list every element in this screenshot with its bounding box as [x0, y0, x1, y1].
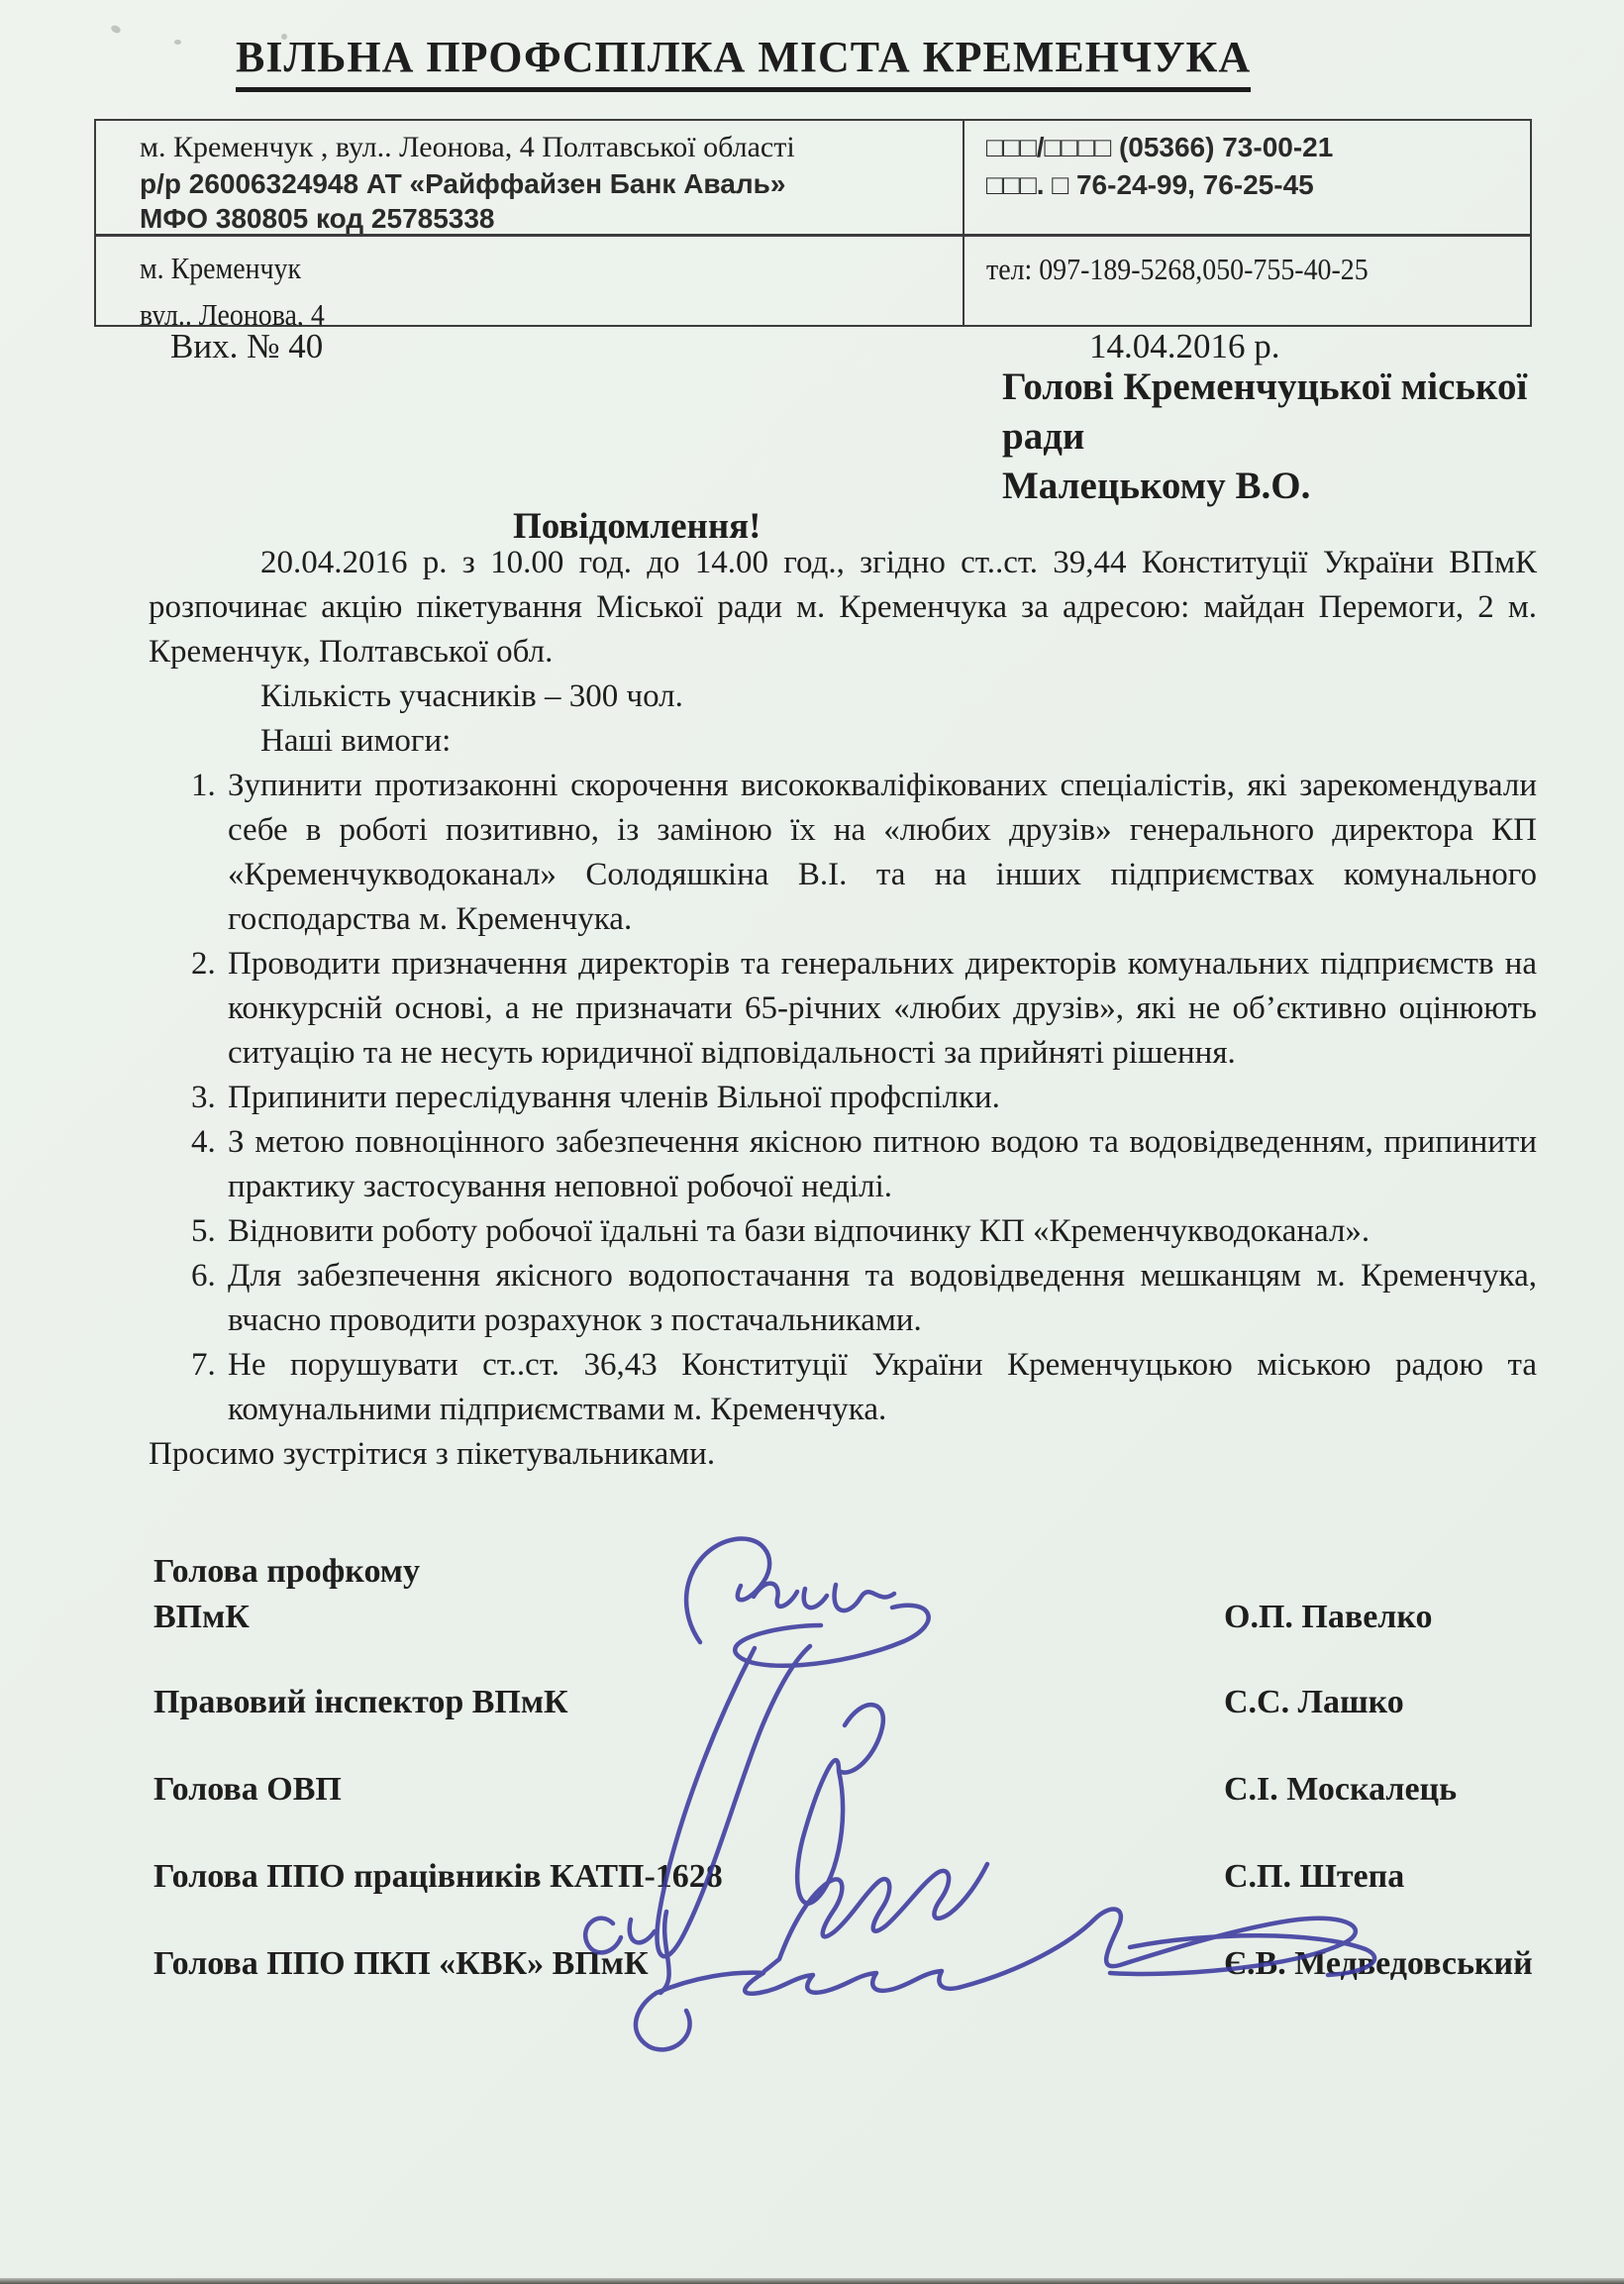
scan-speckle [110, 24, 122, 35]
signature-position: Голова ОВП [153, 1771, 342, 1809]
scanned-letter-page: ВІЛЬНА ПРОФСПІЛКА МІСТА КРЕМЕНЧУКА м. Кр… [0, 0, 1624, 2284]
signature-position: ВПмК [153, 1599, 250, 1636]
street-line: вул.. Леонова, 4 [140, 291, 867, 325]
announcement-paragraph: 20.04.2016 р. з 10.00 год. до 14.00 год.… [149, 541, 1537, 675]
bank-codes-line: МФО 380805 код 25785338 [140, 201, 949, 234]
demand-item: Не порушувати ст..ст. 36,43 Конституції … [224, 1343, 1537, 1432]
signature-position: Голова ППО працівників КАТП-1628 [153, 1858, 723, 1896]
signature-name: С.П. Штепа [1224, 1858, 1404, 1896]
closing-line: Просимо зустрітися з пікетувальниками. [149, 1432, 1537, 1477]
signature-position: Правовий інспектор ВПмК [153, 1684, 568, 1721]
participants-line: Кількість учасників – 300 чол. [149, 675, 1537, 719]
bank-account-line: р/р 26006324948 АТ «Райффайзен Банк Авал… [140, 166, 949, 201]
signature-position: Голова ППО ПКП «КВК» ВПмК [153, 1945, 649, 1983]
recipient-line: ради [1002, 412, 1557, 462]
letterhead-table: м. Кременчук , вул.. Леонова, 4 Полтавсь… [94, 119, 1532, 327]
letterhead-address-cell: м. Кременчук , вул.. Леонова, 4 Полтавсь… [96, 121, 963, 234]
signature-position: Голова профкому [153, 1553, 420, 1591]
document-date: 14.04.2016 р. [1089, 327, 1280, 366]
signature-name: Є.В. Медведовський [1224, 1945, 1533, 1983]
city-line: м. Кременчук [140, 245, 867, 291]
letterhead-city-cell: м. Кременчук вул.. Леонова, 4 [96, 234, 963, 325]
demand-item: Проводити призначення директорів та гене… [224, 942, 1537, 1076]
phone-fax-line: □□□/□□□□ (05366) 73-00-21 [986, 129, 1516, 166]
scanner-edge [0, 2278, 1624, 2284]
signature-name: С.І. Москалець [1224, 1771, 1457, 1809]
outgoing-ref-number: Вих. № 40 [170, 327, 323, 366]
letterhead-phone-cell: □□□/□□□□ (05366) 73-00-21 □□□. □ 76-24-9… [963, 121, 1530, 234]
recipient-line: Малецькому В.О. [1002, 462, 1557, 511]
demands-intro: Наші вимоги: [149, 719, 1537, 764]
recipient-block: Голові Кременчуцької міської ради Малець… [1002, 363, 1557, 511]
demand-item: Відновити роботу робочої їдальні та бази… [224, 1209, 1537, 1254]
demand-item: З метою повноцінного забезпечення якісно… [224, 1120, 1537, 1209]
recipient-line: Голові Кременчуцької міської [1002, 363, 1557, 412]
signature-name: С.С. Лашко [1224, 1684, 1404, 1721]
address-line: м. Кременчук , вул.. Леонова, 4 Полтавсь… [140, 129, 949, 166]
letterhead-mobile-cell: тел: 097-189-5268,050-755-40-25 [963, 234, 1530, 325]
letter-body: 20.04.2016 р. з 10.00 год. до 14.00 год.… [149, 541, 1537, 1477]
demand-item: Для забезпечення якісного водопостачання… [224, 1254, 1537, 1343]
demand-item: Припинити переслідування членів Вільної … [224, 1076, 1537, 1120]
mobile-phones-line: тел: 097-189-5268,050-755-40-25 [986, 245, 1464, 290]
demand-item: Зупинити протизаконні скорочення високок… [224, 764, 1537, 942]
scan-speckle [174, 40, 181, 45]
organization-title: ВІЛЬНА ПРОФСПІЛКА МІСТА КРЕМЕНЧУКА [236, 32, 1251, 92]
phone-line: □□□. □ 76-24-99, 76-25-45 [986, 166, 1516, 204]
signature-name: О.П. Павелко [1224, 1599, 1433, 1636]
demands-list: Зупинити протизаконні скорочення високок… [149, 764, 1537, 1432]
